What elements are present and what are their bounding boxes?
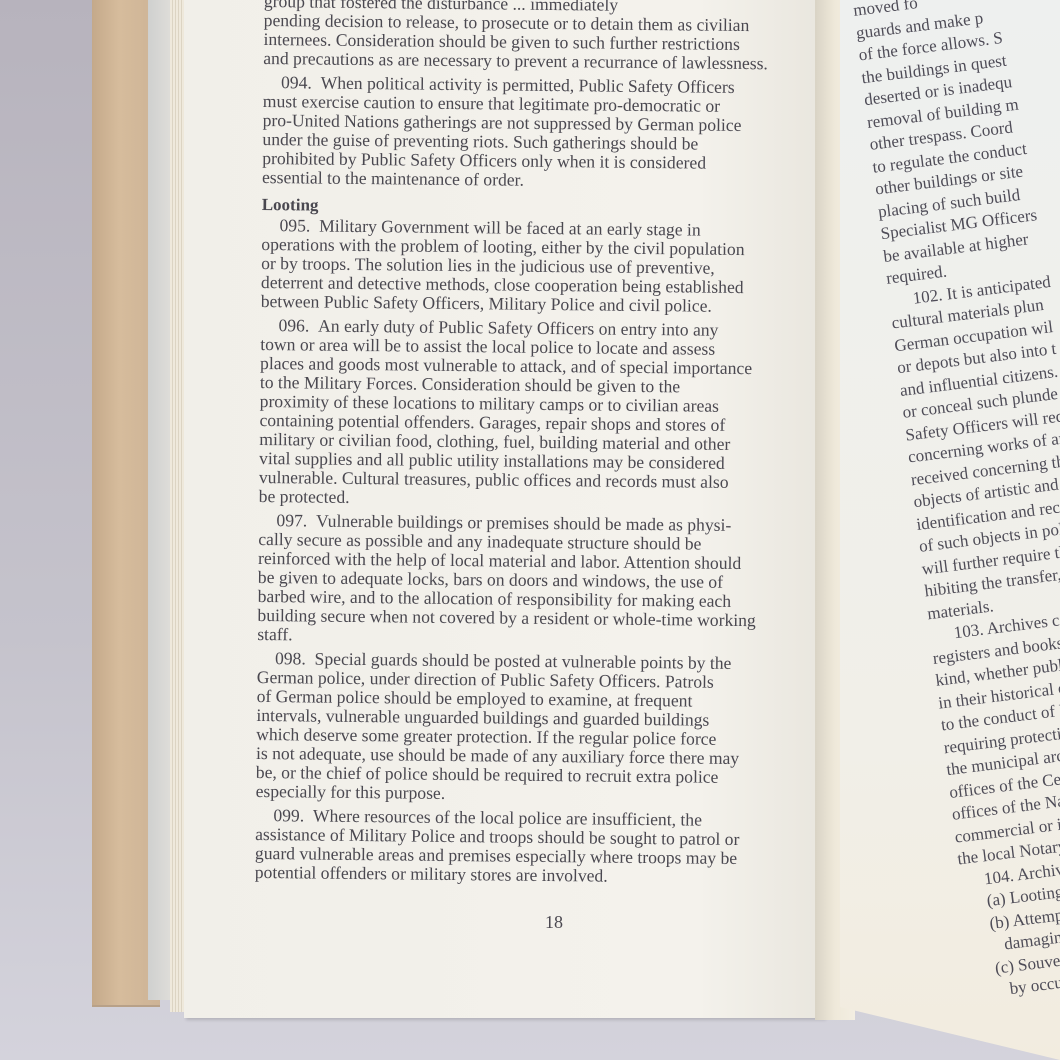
paragraph-094: 094. When political activity is permitte… [262,73,823,193]
paragraph-097: 097. Vulnerable buildings or premises sh… [257,511,818,650]
paragraph-099: 099. Where resources of the local police… [255,806,816,888]
paragraph-096: 096. An early duty of Public Safety Offi… [259,316,821,512]
paragraph-number: 099. [255,806,304,826]
carryover-paragraph: group that fostered the disturbance ... … [263,0,824,74]
paragraph-095: 095. Military Government will be faced a… [261,216,822,317]
page-number: 18 [545,912,563,933]
paragraph-number: 094. [263,73,312,93]
left-page-text: group that fostered the disturbance ... … [255,0,824,893]
paragraph-number: 095. [261,216,310,236]
paragraph-number: 098. [257,649,306,669]
paragraph-number: 096. [260,316,309,336]
paragraph-098: 098. Special guards should be posted at … [256,649,818,807]
paragraph-number: 097. [258,511,307,531]
